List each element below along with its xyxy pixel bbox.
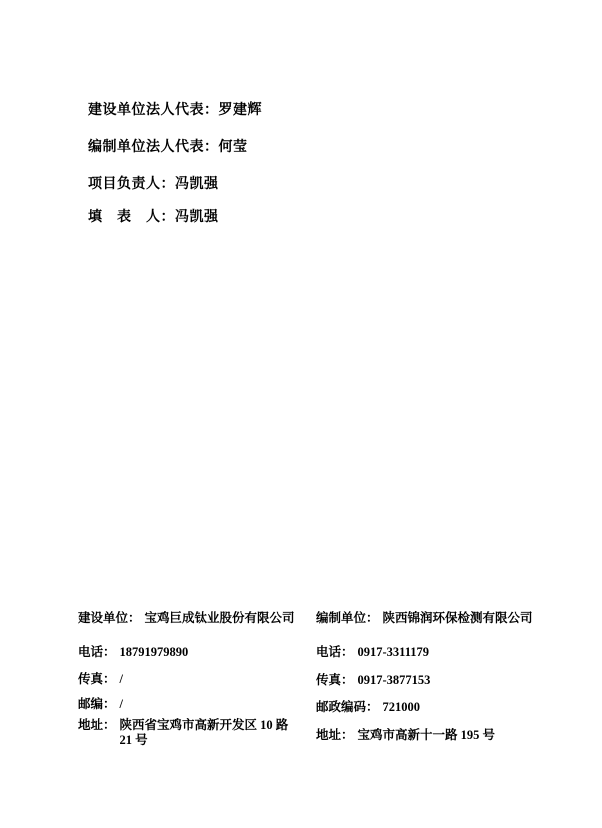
compilation-postcode-label: 邮政编码： — [316, 700, 379, 715]
construction-unit-name-row: 建设单位： 宝鸡巨成钛业股份有限公司 — [78, 611, 300, 626]
construction-unit-contact-block: 建设单位： 宝鸡巨成钛业股份有限公司 电话： 18791979890 传真： /… — [78, 611, 300, 748]
construction-address-value: 陕西省宝鸡市高新开发区 10 路 21 号 — [120, 718, 300, 748]
construction-postcode-label: 邮编： — [78, 697, 116, 712]
construction-rep-name: 罗建辉 — [219, 101, 263, 117]
project-leader-name: 冯凯强 — [175, 175, 219, 191]
compilation-unit-name-row: 编制单位： 陕西锦润环保检测有限公司 — [316, 611, 556, 626]
construction-address-label: 地址： — [78, 718, 116, 733]
compilation-fax-value: 0917-3877153 — [358, 673, 431, 688]
document-page: 建设单位法人代表：罗建辉 编制单位法人代表：何莹 项目负责人：冯凯强 填 表 人… — [0, 0, 602, 828]
compilation-unit-name: 陕西锦润环保检测有限公司 — [383, 611, 533, 626]
compilation-postcode-value: 721000 — [383, 700, 421, 715]
compilation-address-value: 宝鸡市高新十一路 195 号 — [358, 728, 496, 743]
signatory-line-construction-rep: 建设单位法人代表：罗建辉 — [88, 101, 508, 117]
compilation-postcode-row: 邮政编码： 721000 — [316, 700, 556, 715]
compilation-rep-label: 编制单位法人代表： — [88, 138, 219, 154]
form-filler-label: 填 表 人： — [88, 208, 175, 224]
construction-rep-label: 建设单位法人代表： — [88, 101, 219, 117]
construction-phone-row: 电话： 18791979890 — [78, 645, 300, 660]
compilation-fax-row: 传真： 0917-3877153 — [316, 673, 556, 688]
construction-fax-label: 传真： — [78, 672, 116, 687]
compilation-phone-row: 电话： 0917-3311179 — [316, 645, 556, 660]
construction-address-row: 地址： 陕西省宝鸡市高新开发区 10 路 21 号 — [78, 718, 300, 748]
compilation-rep-name: 何莹 — [219, 138, 248, 154]
construction-unit-name: 宝鸡巨成钛业股份有限公司 — [145, 611, 295, 626]
signatory-line-compilation-rep: 编制单位法人代表：何莹 — [88, 138, 508, 154]
compilation-unit-label: 编制单位： — [316, 611, 379, 626]
construction-postcode-value: / — [120, 697, 123, 712]
signatory-line-project-leader: 项目负责人：冯凯强 — [88, 175, 508, 191]
construction-phone-label: 电话： — [78, 645, 116, 660]
signatory-line-form-filler: 填 表 人：冯凯强 — [88, 208, 508, 224]
construction-fax-row: 传真： / — [78, 672, 300, 687]
signatory-block: 建设单位法人代表：罗建辉 编制单位法人代表：何莹 项目负责人：冯凯强 填 表 人… — [88, 101, 508, 224]
compilation-address-label: 地址： — [316, 728, 354, 743]
compilation-fax-label: 传真： — [316, 673, 354, 688]
construction-postcode-row: 邮编： / — [78, 697, 300, 712]
compilation-address-row: 地址： 宝鸡市高新十一路 195 号 — [316, 728, 556, 743]
form-filler-name: 冯凯强 — [175, 208, 219, 224]
compilation-unit-contact-block: 编制单位： 陕西锦润环保检测有限公司 电话： 0917-3311179 传真： … — [316, 611, 556, 743]
construction-unit-label: 建设单位： — [78, 611, 141, 626]
construction-fax-value: / — [120, 672, 123, 687]
construction-phone-value: 18791979890 — [120, 645, 189, 660]
compilation-phone-value: 0917-3311179 — [358, 645, 430, 660]
project-leader-label: 项目负责人： — [88, 175, 175, 191]
compilation-phone-label: 电话： — [316, 645, 354, 660]
